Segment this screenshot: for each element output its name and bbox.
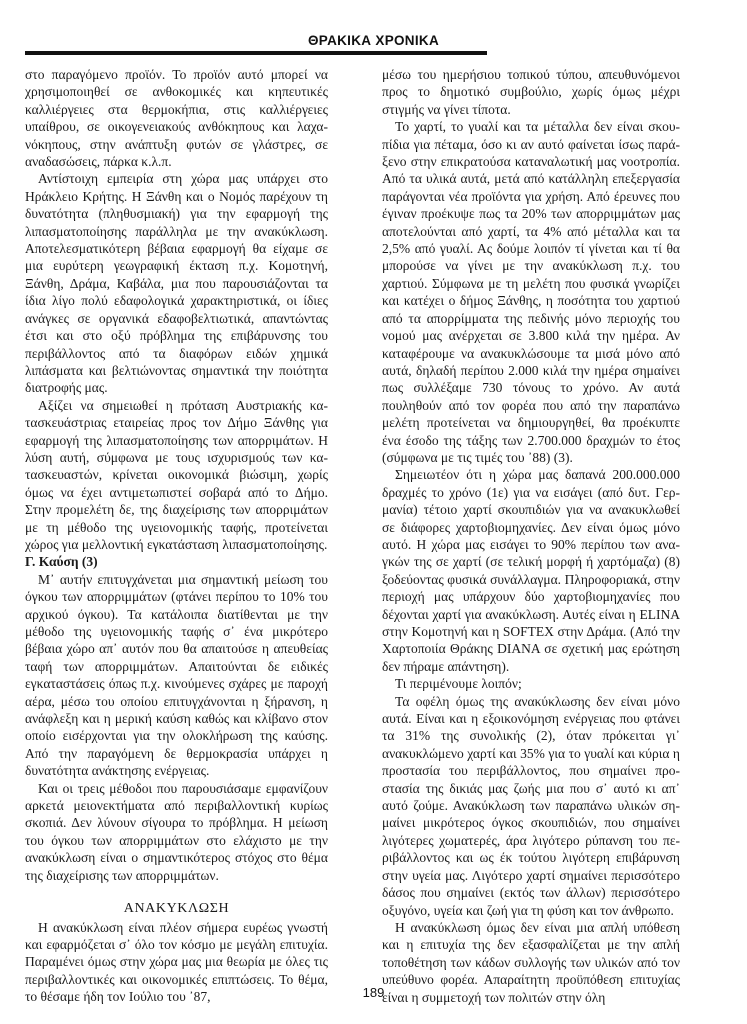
paragraph: Αξίζει να σημειωθεί η πρόταση Αυστριακής… [25, 397, 328, 554]
paragraph: Τι περιμένουμε λοιπόν; [382, 675, 680, 692]
paragraph: Σημειωτέον ότι η χώρα μας δαπανά 200.000… [382, 466, 680, 675]
section-heading-anakyklosi: ΑΝΑΚΥΚΛΩΣΗ [25, 900, 328, 917]
header-rule [25, 51, 487, 55]
paragraph: Το χαρτί, το γυαλί και τα μέταλλα δεν εί… [382, 118, 680, 466]
subheading-kausi: Γ. Καύση (3) [25, 553, 328, 570]
right-column: μέσω του ημερήσιου τοπικού τύπου, απευθυ… [382, 66, 680, 1006]
paragraph: στο παραγόμενο προϊόν. Το προϊόν αυτό μπ… [25, 66, 328, 170]
paragraph: Τα οφέλη όμως της ανακύκλωσης δεν είναι … [382, 693, 680, 919]
running-title: ΘΡΑΚΙΚΑ ΧΡΟΝΙΚΑ [0, 33, 747, 48]
paragraph: Και οι τρεις μέθοδοι που παρουσιάσαμε εμ… [25, 780, 328, 884]
page-number: 189 [0, 985, 747, 1000]
paragraph: Μ᾿ αυτήν επιτυγχάνεται μια σημαντική μεί… [25, 571, 328, 780]
paragraph: μέσω του ημερήσιου τοπικού τύπου, απευθυ… [382, 66, 680, 118]
paragraph: Αντίστοιχη εμπειρία στη χώρα μας υπάρχει… [25, 170, 328, 396]
left-column: στο παραγόμενο προϊόν. Το προϊόν αυτό μπ… [25, 66, 328, 1006]
